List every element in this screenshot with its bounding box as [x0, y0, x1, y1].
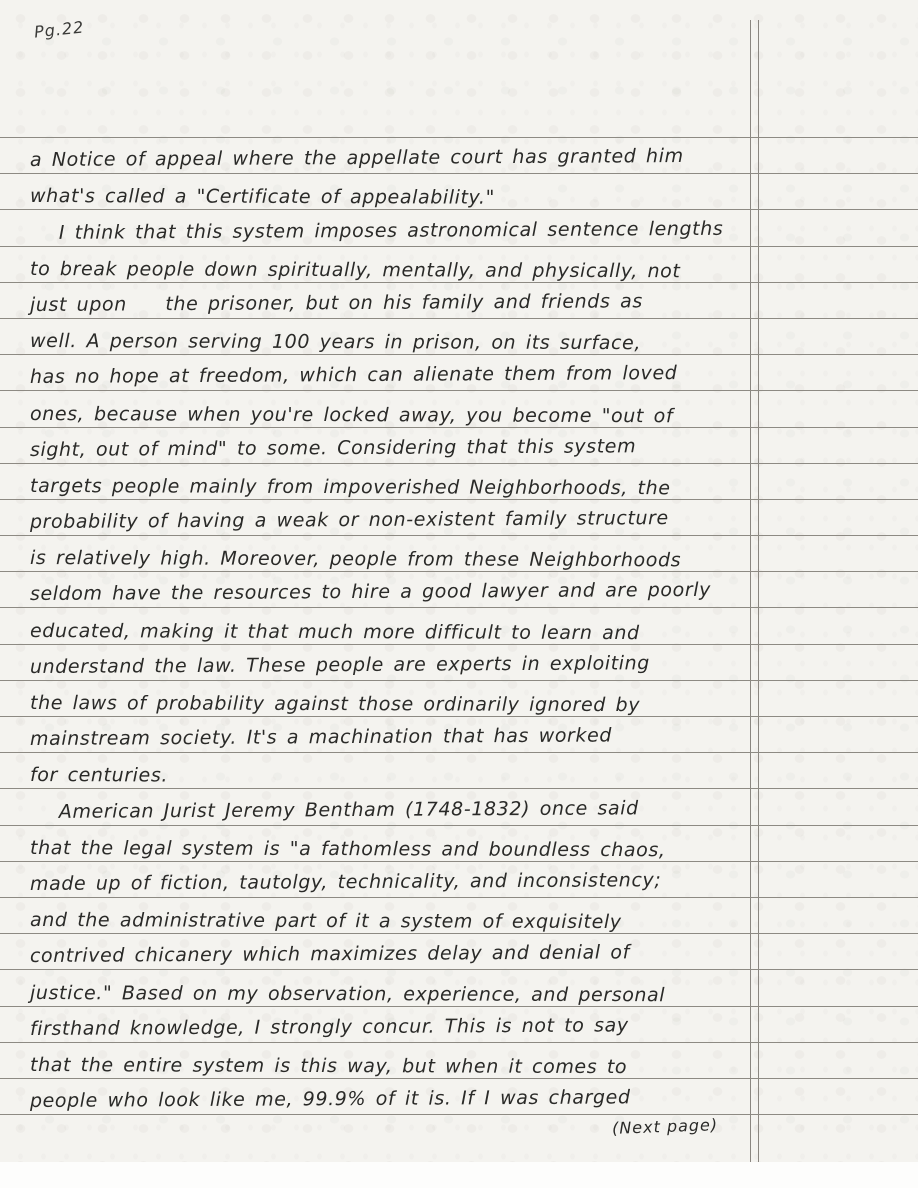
handwritten-line: mainstream society. It's a machination t… [30, 724, 746, 750]
handwritten-line: and the administrative part of it a syst… [30, 909, 746, 933]
handwritten-line: made up of fiction, tautolgy, technicali… [30, 869, 746, 895]
next-page-note: (Next page) [612, 1115, 719, 1138]
ruled-area: a Notice of appeal where the appellate c… [0, 137, 918, 1115]
handwritten-line: ones, because when you're locked away, y… [30, 403, 746, 427]
scanned-page: Pg.22 a Notice of appeal where the appel… [0, 0, 918, 1188]
ruled-line: well. A person serving 100 years in pris… [0, 319, 918, 355]
ruled-line: educated, making it that much more diffi… [0, 608, 918, 644]
ruled-line: justice." Based on my observation, exper… [0, 970, 918, 1006]
handwritten-line: contrived chicanery which maximizes dela… [30, 941, 746, 967]
ruled-line: I think that this system imposes astrono… [0, 210, 918, 246]
handwritten-line: people who look like me, 99.9% of it is.… [30, 1086, 746, 1112]
ruled-line: has no hope at freedom, which can aliena… [0, 355, 918, 391]
handwritten-line: understand the law. These people are exp… [30, 651, 746, 677]
handwritten-line: American Jurist Jeremy Bentham (1748-183… [30, 796, 746, 822]
ruled-line: sight, out of mind" to some. Considering… [0, 428, 918, 464]
scan-bottom-edge [0, 1162, 918, 1188]
handwritten-line: to break people down spiritually, mental… [30, 258, 746, 282]
ruled-line: that the entire system is this way, but … [0, 1043, 918, 1079]
handwritten-line: sight, out of mind" to some. Considering… [30, 434, 746, 460]
ruled-line: made up of fiction, tautolgy, technicali… [0, 862, 918, 898]
ruled-line: to break people down spiritually, mental… [0, 247, 918, 283]
handwritten-line: justice." Based on my observation, exper… [30, 982, 746, 1006]
handwritten-line: the laws of probability against those or… [30, 692, 746, 716]
handwritten-line: that the entire system is this way, but … [30, 1054, 746, 1078]
handwritten-line: firsthand knowledge, I strongly concur. … [30, 1013, 746, 1039]
handwritten-line: just upon the prisoner, but on his famil… [30, 290, 746, 316]
handwritten-line: has no hope at freedom, which can aliena… [30, 362, 746, 388]
ruled-line: the laws of probability against those or… [0, 681, 918, 717]
ruled-line: that the legal system is "a fathomless a… [0, 826, 918, 862]
ruled-line: probability of having a weak or non-exis… [0, 500, 918, 536]
ruled-line: people who look like me, 99.9% of it is.… [0, 1079, 918, 1115]
ruled-line: for centuries. [0, 753, 918, 789]
handwritten-line: that the legal system is "a fathomless a… [30, 837, 746, 861]
ruled-line: just upon the prisoner, but on his famil… [0, 283, 918, 319]
handwritten-line: seldom have the resources to hire a good… [30, 579, 746, 605]
ruled-line: understand the law. These people are exp… [0, 645, 918, 681]
ruled-line: ones, because when you're locked away, y… [0, 391, 918, 427]
handwritten-line: educated, making it that much more diffi… [30, 620, 746, 644]
ruled-line: targets people mainly from impoverished … [0, 464, 918, 500]
ruled-line: contrived chicanery which maximizes dela… [0, 934, 918, 970]
ruled-line: is relatively high. Moreover, people fro… [0, 536, 918, 572]
ruled-line: mainstream society. It's a machination t… [0, 717, 918, 753]
handwritten-line: I think that this system imposes astrono… [30, 217, 746, 243]
handwritten-line: for centuries. [30, 764, 746, 788]
handwritten-line: what's called a "Certificate of appealab… [30, 185, 746, 209]
handwritten-line: well. A person serving 100 years in pris… [30, 330, 746, 354]
handwritten-line: probability of having a weak or non-exis… [30, 507, 746, 533]
ruled-line: a Notice of appeal where the appellate c… [0, 138, 918, 174]
handwritten-line: a Notice of appeal where the appellate c… [30, 145, 746, 171]
ruled-line: seldom have the resources to hire a good… [0, 572, 918, 608]
ruled-line: American Jurist Jeremy Bentham (1748-183… [0, 789, 918, 825]
ruled-line: firsthand knowledge, I strongly concur. … [0, 1007, 918, 1043]
ruled-line: what's called a "Certificate of appealab… [0, 174, 918, 210]
handwritten-line: targets people mainly from impoverished … [30, 475, 746, 499]
handwritten-line: is relatively high. Moreover, people fro… [30, 547, 746, 571]
ruled-line: and the administrative part of it a syst… [0, 898, 918, 934]
